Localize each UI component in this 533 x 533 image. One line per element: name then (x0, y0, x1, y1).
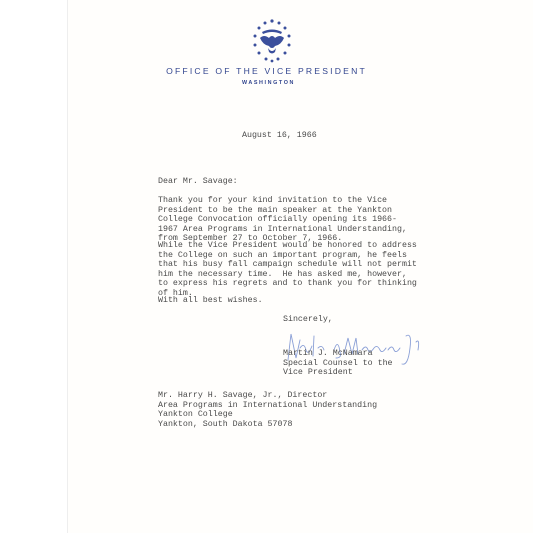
letterhead-office: OFFICE OF THE VICE PRESIDENT (0, 66, 533, 76)
body-paragraph: While the Vice President would be honore… (158, 241, 417, 299)
signer-title: Special Counsel to the Vice President (283, 359, 393, 378)
signer-name: Martin J. McNamara (283, 349, 373, 358)
letterhead-city: WASHINGTON (0, 80, 533, 86)
body-paragraph: Thank you for your kind invitation to th… (158, 196, 407, 244)
closing-line: With all best wishes. (158, 296, 263, 306)
recipient-address: Mr. Harry H. Savage, Jr., Director Area … (158, 391, 377, 429)
salutation: Dear Mr. Savage: (158, 177, 238, 187)
letter-date: August 16, 1966 (242, 131, 317, 141)
complimentary-close: Sincerely, (283, 315, 333, 325)
vice-presidential-seal-icon (248, 18, 296, 64)
signer-block: Martin J. McNamara Special Counsel to th… (283, 349, 393, 378)
